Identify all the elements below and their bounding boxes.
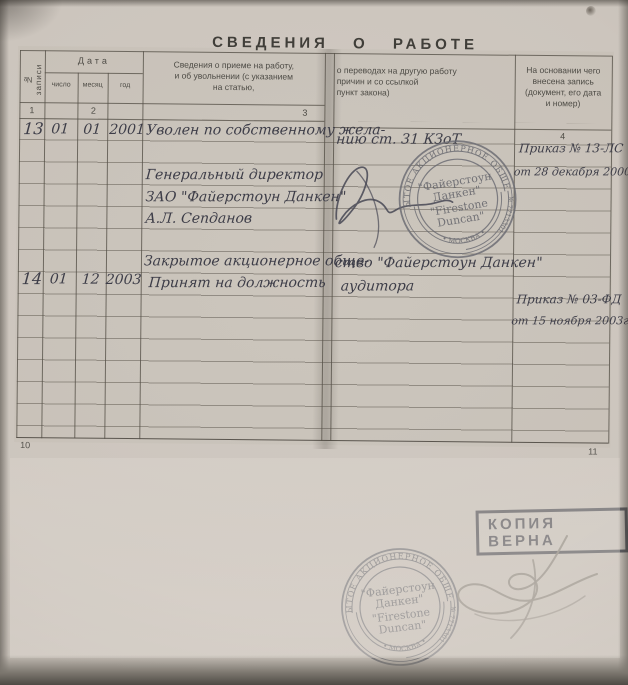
photo-edge-bottom [0,655,628,685]
header-date-day: число [45,80,78,89]
col-number-3: 3 [292,108,317,118]
row13-signer-name: А.Л. Сепданов [145,211,253,227]
ink-spot [586,6,596,16]
stamp-arc-bottom-text: • МОСКВА • [440,228,488,249]
company-round-stamp: ЗАКРЫТОЕ АКЦИОНЕРНОЕ ОБЩЕСТВО • МОСКВА •… [386,128,529,271]
row13-month: 01 [83,122,102,138]
row14-day: 01 [49,271,68,287]
header-col4: На основании чего внесена запись (докуме… [516,65,609,110]
photo-edge-left [0,0,9,685]
header-col3-left: Сведения о приеме на работу, и об увольн… [146,59,322,94]
col-number-1: 1 [19,105,44,115]
row13-signer-position: Генеральный директор [145,167,323,183]
page-number-left: 10 [20,440,30,450]
row14-year: 2003 [105,272,142,288]
row14-month: 12 [81,272,100,288]
row13-record-no: 13 [23,119,45,138]
row13-basis-line2: от 28 декабря 2000г. [513,165,628,178]
header-date-year: год [108,81,143,90]
page-number-right: 11 [588,446,597,456]
row14-basis-line1: Приказ № 03-ФД [516,292,622,306]
row14-record-no: 14 [21,269,43,288]
paper-lower-area [10,458,620,658]
header-date-month: месяц [78,81,108,90]
photo-edge-right [618,0,628,685]
svg-text:• МОСКВА •: • МОСКВА • [440,228,488,249]
row14-entry-line2: Принят на должность [148,275,326,291]
row13-basis-line1: Приказ № 13-ЛС [519,141,624,155]
row14-basis-line2: от 15 ноября 2003г. [511,314,628,327]
row13-company: ЗАО "Файерстоун Данкен" [145,189,347,205]
row14-entry-continuation2: аудитора [340,278,415,294]
header-col3-right: о переводах на другую работу причин и со… [337,65,512,100]
row13-day: 01 [51,121,70,137]
scanned-workbook-photo: СВЕДЕНИЯ О РАБОТЕ № записи Дата число ме… [0,0,628,685]
photo-edge-top [0,0,628,7]
photo-corner-shadow [0,0,90,70]
col-number-4: 4 [514,131,611,142]
col-number-2: 2 [44,105,142,116]
row13-year: 2001 [109,122,146,138]
workbook-spread: СВЕДЕНИЯ О РАБОТЕ № записи Дата число ме… [0,0,628,476]
